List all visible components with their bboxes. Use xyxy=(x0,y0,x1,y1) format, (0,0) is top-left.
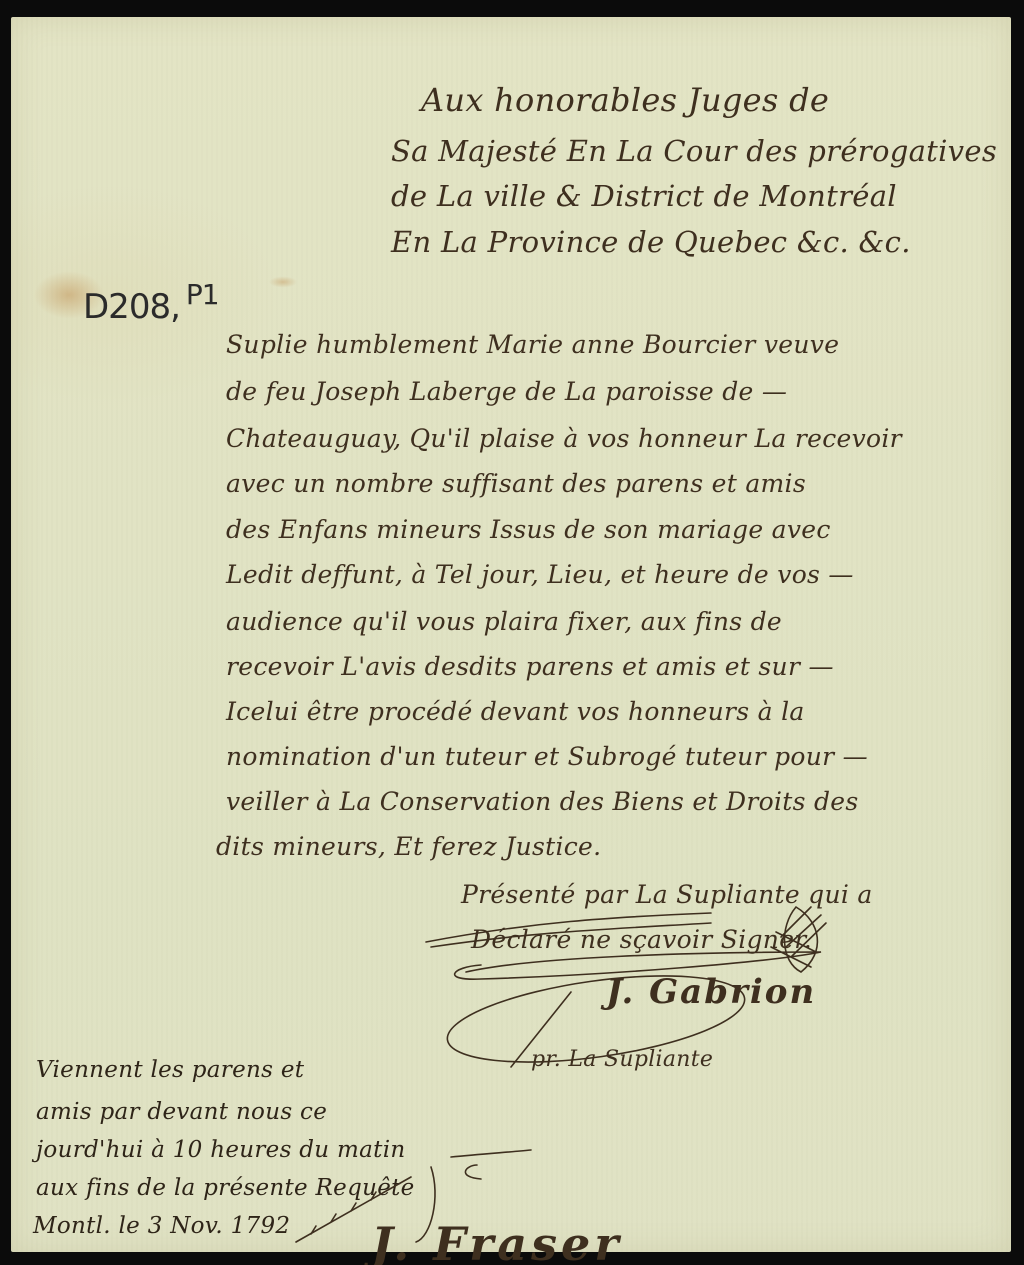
petition-line: Suplie humblement Marie anne Bourcier ve… xyxy=(226,330,839,359)
order-note-line: amis par devant nous ce xyxy=(36,1099,327,1125)
petition-line: Ledit deffunt, à Tel jour, Lieu, et heur… xyxy=(226,560,854,589)
petition-line: dits mineurs, Et ferez Justice. xyxy=(216,832,601,861)
attestation-line: Déclaré ne sçavoir Signer. xyxy=(471,925,812,954)
petition-line: recevoir L'avis desdits parens et amis e… xyxy=(226,652,834,681)
address-line: de La ville & District de Montréal xyxy=(391,179,897,213)
attestation-line: Présenté par La Supliante qui a xyxy=(461,880,873,909)
archive-page: P1 xyxy=(186,278,219,311)
signature-name: J. Gabrion xyxy=(606,972,816,1012)
petition-line: des Enfans mineurs Issus de son mariage … xyxy=(226,515,831,544)
archive-reference-mark: D208,P1 xyxy=(83,287,219,327)
archive-separator: , xyxy=(170,287,180,327)
address-line: En La Province de Quebec &c. &c. xyxy=(391,225,911,259)
petition-line: veiller à La Conservation des Biens et D… xyxy=(226,787,859,816)
order-note-line: jourd'hui à 10 heures du matin xyxy=(36,1137,405,1163)
petition-line: de feu Joseph Laberge de La paroisse de … xyxy=(226,377,787,406)
petition-line: audience qu'il vous plaira fixer, aux fi… xyxy=(226,607,782,636)
petition-line: nomination d'un tuteur et Subrogé tuteur… xyxy=(226,742,868,771)
signature-subscript: pr. La Supliante xyxy=(531,1047,713,1072)
judge-signature: J. Fraser xyxy=(371,1217,623,1265)
document-paper: Aux honorables Juges de Sa Majesté En La… xyxy=(11,17,1011,1252)
address-line: Sa Majesté En La Cour des prérogatives xyxy=(391,134,997,168)
petition-line: Icelui être procédé devant vos honneurs … xyxy=(226,697,805,726)
address-line: Aux honorables Juges de xyxy=(421,81,829,119)
petition-line: avec un nombre suffisant des parens et a… xyxy=(226,469,806,498)
order-note-line: aux fins de la présente Requête xyxy=(36,1175,415,1201)
petition-line: Chateauguay, Qu'il plaise à vos honneur … xyxy=(226,424,902,453)
archive-code: D208 xyxy=(83,287,170,327)
order-note-line: Viennent les parens et xyxy=(36,1057,304,1083)
order-note-line: Montl. le 3 Nov. 1792 xyxy=(33,1213,290,1239)
